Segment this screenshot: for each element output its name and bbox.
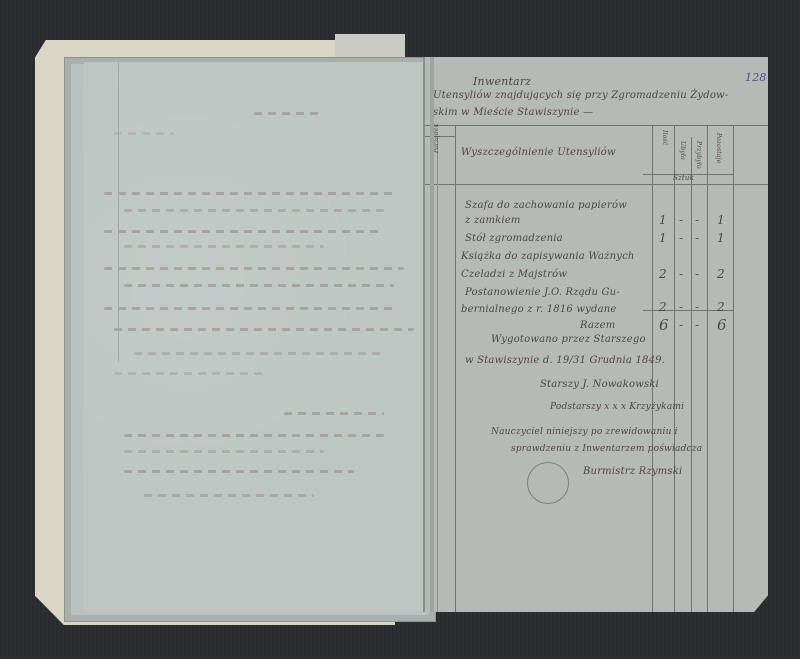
row-1-remain: 1 [717,213,725,227]
row-1-line-2: z zamkiem [465,215,521,226]
signature-elder: Starszy J. Nowakowski [540,379,659,390]
row-4-minus: - [679,300,683,314]
title-line-2: Utensyliów znajdujących się przy Zgromad… [433,90,728,101]
right-page: 128 Inwentarz Utensyliów znajdujących si… [423,57,768,612]
certification-line-1: Nauczyciel niniejszy po zrewidowaniu i [491,427,678,437]
row-2-minus: - [679,231,683,245]
col-header-1: Ilość [661,130,668,145]
row-4-plus: - [695,300,699,314]
row-1-qty: 1 [659,213,667,227]
row-1-line-1: Szafa do zachowania papierów [465,200,627,211]
title-line-1: Inwentarz [473,75,531,88]
row-2-line-1: Stół zgromadzenia [465,233,563,244]
rule [652,125,653,612]
rule [437,136,438,612]
total-minus: - [679,318,683,332]
col-header-2: Ubyło [679,141,686,160]
rule [707,125,708,612]
col-number-header: Porządek [433,123,440,153]
row-1-plus: - [695,213,699,227]
total-plus: - [695,318,699,332]
row-3-plus: - [695,267,699,281]
signature-mayor: Burmistrz Rzymski [583,466,682,477]
row-4-line-1: Postanowienie J.O. Rządu Gu- [465,287,620,298]
rule [674,125,675,612]
title-line-3: skim w Mieście Stawiszynie — [433,107,593,118]
closing-line-1: Wygotowano przez Starszego [491,334,646,345]
row-1-minus: - [679,213,683,227]
left-page-body [84,62,429,610]
row-3-qty: 2 [659,267,667,281]
row-4-qty: 2 [659,300,667,314]
total-label: Razem [580,320,615,331]
total-qty: 6 [659,316,669,334]
row-3-line-2: Czeladzi z Majstrów [461,269,567,280]
table-top-rule [425,125,768,126]
total-remain: 6 [717,316,727,334]
certification-line-2: sprawdzeniu z Inwentarzem poświadcza [511,444,702,454]
row-2-plus: - [695,231,699,245]
rule [691,137,692,612]
row-3-minus: - [679,267,683,281]
rule [455,125,456,612]
rule [733,125,734,612]
row-2-qty: 1 [659,231,667,245]
page-number: 128 [745,71,767,84]
header-bottom-rule [425,184,768,185]
subheader-sztuk: Sztuk [673,174,694,182]
signature-deputy: Podstarszy x x x Krzyżykami [550,402,684,412]
row-4-line-2: bernialnego z r. 1816 wydane [461,304,617,315]
col-header-4: Pozostaje [715,133,722,163]
left-margin-rule [118,62,119,362]
row-3-remain: 2 [717,267,725,281]
row-3-line-1: Książka do zapisywania Ważnych [461,251,635,262]
book-gutter [430,57,434,612]
col-header-3: Przybyło [695,141,702,169]
row-4-remain: 2 [717,300,725,314]
official-seal [527,462,569,504]
row-2-remain: 1 [717,231,725,245]
col-name-header: Wyszczególnienie Utensyliów [461,147,616,158]
closing-line-2: w Stawiszynie d. 19/31 Grudnia 1849. [465,355,665,366]
